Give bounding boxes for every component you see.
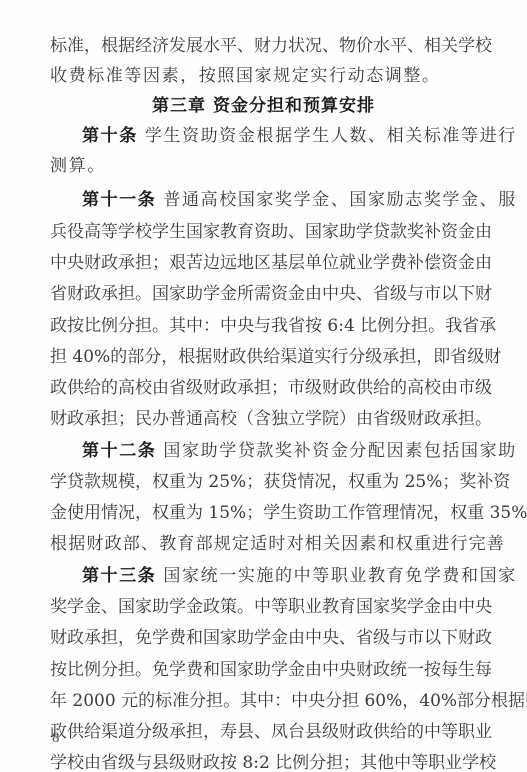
article-text: 学生资助资金根据学生人数、相关标准等进行 bbox=[145, 126, 517, 146]
text-line: 财政承担，免学费和国家助学金由中央、省级与市以下财政 bbox=[50, 628, 464, 648]
article-10-first-line: 第十条 学生资助资金根据学生人数、相关标准等进行 bbox=[82, 126, 496, 146]
article-12-first-line: 第十二条 国家助学贷款奖补资金分配因素包括国家助 bbox=[82, 441, 496, 461]
article-13-first-line: 第十三条 国家统一实施的中等职业教育免学费和国家 bbox=[82, 566, 496, 586]
text-line: 测算。 bbox=[50, 156, 464, 176]
text-line: 中央财政承担；艰苦边远地区基层单位就业学费补偿资金由 bbox=[50, 253, 464, 273]
text-line: 兵役高等学校学生国家教育资助、国家助学贷款奖补资金由 bbox=[50, 222, 464, 242]
text-line: 省财政承担。国家助学金所需资金由中央、省级与市以下财 bbox=[50, 284, 464, 304]
text-line: 政按比例分担。其中：中央与我省按 6:4 比例分担。我省承 bbox=[50, 316, 464, 336]
text-line: 财政承担；民办普通高校（含独立学院）由省级财政承担。 bbox=[50, 409, 464, 429]
text-line: 学校由省级与县级财政按 8:2 比例分担；其他中等职业学校 bbox=[50, 753, 464, 772]
text-line: 金使用情况，权重为 15%；学生资助工作管理情况，权重 35%。 bbox=[50, 503, 464, 523]
article-11-first-line: 第十一条 普通高校国家奖学金、国家励志奖学金、服 bbox=[82, 190, 496, 210]
text-line: 按比例分担。免学费和国家助学金由中央财政统一按每生每 bbox=[50, 660, 464, 680]
text-line: 收费标准等因素，按照国家规定实行动态调整。 bbox=[50, 66, 464, 86]
text-line: 标准，根据经济发展水平、财力状况、物价水平、相关学校 bbox=[50, 36, 464, 56]
article-label: 第十条 bbox=[82, 126, 138, 146]
text-line: 政供给的高校由省级财政承担；市级财政供给的高校由市级 bbox=[50, 378, 464, 398]
text-line: 政供给渠道分级承担，寿县、凤台县级财政供给的中等职业 bbox=[50, 722, 464, 742]
article-text: 国家助学贷款奖补资金分配因素包括国家助 bbox=[163, 441, 516, 461]
page-number: 8 bbox=[52, 730, 60, 747]
article-text: 普通高校国家奖学金、国家励志奖学金、服 bbox=[163, 190, 516, 210]
text-line: 学贷款规模，权重为 25%；获贷情况，权重为 25%；奖补资 bbox=[50, 472, 464, 492]
article-label: 第十二条 bbox=[82, 441, 156, 461]
article-label: 第十一条 bbox=[82, 190, 156, 210]
text-line: 担 40%的部分，根据财政供给渠道实行分级承担，即省级财 bbox=[50, 347, 464, 367]
text-line: 年 2000 元的标准分担。其中：中央分担 60%，40%部分根据财 bbox=[50, 691, 464, 711]
article-label: 第十三条 bbox=[82, 566, 156, 586]
text-line: 根据财政部、教育部规定适时对相关因素和权重进行完善 bbox=[50, 534, 464, 554]
text-line: 奖学金、国家助学金政策。中等职业教育国家奖学金由中央 bbox=[50, 597, 464, 617]
article-text: 国家统一实施的中等职业教育免学费和国家 bbox=[163, 566, 516, 586]
chapter-heading: 第三章 资金分担和预算安排 bbox=[0, 96, 527, 116]
document-page: 标准，根据经济发展水平、财力状况、物价水平、相关学校 收费标准等因素，按照国家规… bbox=[0, 0, 527, 772]
